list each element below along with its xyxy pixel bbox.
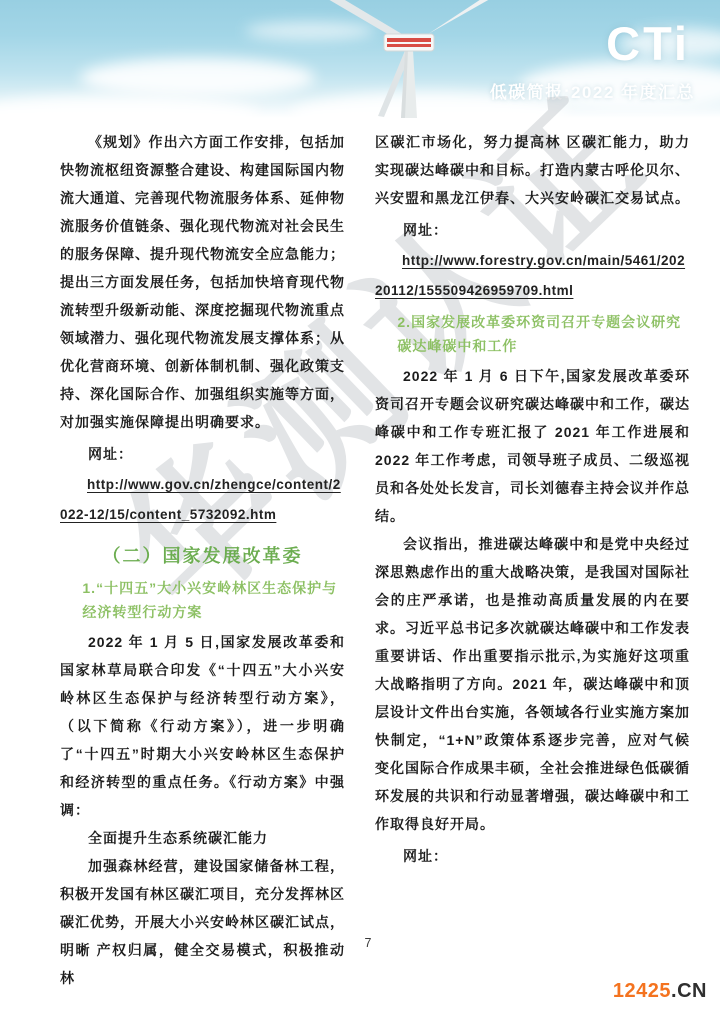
site-watermark: 12425.CN <box>613 980 707 1003</box>
url-label: 网址： <box>375 216 690 244</box>
url-label: 网址： <box>60 440 345 468</box>
cti-logo: CTi <box>606 20 690 67</box>
right-column: 区碳汇市场化，努力提高林 区碳汇能力，助力实现碳达峰碳中和目标。打造内蒙古呼伦贝… <box>375 128 690 992</box>
paragraph: 《规划》作出六方面工作安排，包括加快物流枢纽资源整合建设、构建国际国内物流大通道… <box>60 128 345 436</box>
document-body: 《规划》作出六方面工作安排，包括加快物流枢纽资源整合建设、构建国际国内物流大通道… <box>0 118 720 992</box>
paragraph: 加强森林经营，建设国家储备林工程，积极开发国有林区碳汇项目，充分发挥林区碳汇优势… <box>60 852 345 992</box>
cloud-graphic <box>80 58 315 98</box>
left-column: 《规划》作出六方面工作安排，包括加快物流枢纽资源整合建设、构建国际国内物流大通道… <box>60 128 345 992</box>
paragraph: 2022 年 1 月 5 日,国家发展改革委和国家林草局联合印发《“十四五”大小… <box>60 628 345 824</box>
cloud-graphic <box>0 95 260 118</box>
site-watermark-number: 12425 <box>613 980 671 1002</box>
forestry-gov-link[interactable]: http://www.forestry.gov.cn/main/5461/202… <box>375 246 690 306</box>
url-label: 网址： <box>375 842 690 870</box>
paragraph: 会议指出，推进碳达峰碳中和是党中央经过深思熟虑作出的重大战略决策，是我国对国际社… <box>375 530 690 838</box>
bold-subtopic-line: 全面提升生态系统碳汇能力 <box>60 824 345 852</box>
sub-heading-meeting: 2.国家发展改革委环资司召开专题会议研究碳达峰碳中和工作 <box>375 310 690 358</box>
paragraph: 区碳汇市场化，努力提高林 区碳汇能力，助力实现碳达峰碳中和目标。打造内蒙古呼伦贝… <box>375 128 690 212</box>
site-watermark-suffix: .CN <box>671 980 707 1002</box>
document-page: CTi 低碳简报:2022 年度汇总 华测认证 《规划》作出六方面工作安排，包括… <box>0 0 720 1018</box>
page-number: 7 <box>0 936 720 950</box>
gov-cn-link[interactable]: http://www.gov.cn/zhengce/content/2022-1… <box>60 470 345 530</box>
section-heading-ndrc: （二）国家发展改革委 <box>60 542 345 570</box>
sub-heading-action-plan: 1.“十四五”大小兴安岭林区生态保护与经济转型行动方案 <box>60 576 345 624</box>
header-hero-image: CTi 低碳简报:2022 年度汇总 <box>0 0 720 118</box>
paragraph: 2022 年 1 月 6 日下午,国家发展改革委环资司召开专题会议研究碳达峰碳中… <box>375 362 690 530</box>
header-subtitle: 低碳简报:2022 年度汇总 <box>490 78 695 103</box>
